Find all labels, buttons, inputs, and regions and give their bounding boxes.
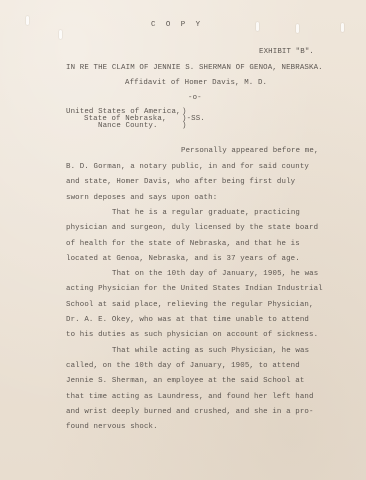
paragraph-line: Jennie S. Sherman, an employee at the sa… xyxy=(66,377,304,386)
paragraph-line: School at said place, relieving the regu… xyxy=(66,301,314,310)
paragraph-line: Personally appeared before me, xyxy=(181,147,319,156)
paragraph-line: and state, Homer Davis, who after being … xyxy=(66,178,295,187)
paragraph-line: located at Genoa, Nebraska, and is 37 ye… xyxy=(66,255,300,264)
paragraph-line: that time acting as Laundress, and found… xyxy=(66,393,314,402)
venue-brace: ) xyxy=(182,123,187,130)
separator: -o- xyxy=(188,94,202,103)
exhibit-label: EXHIBIT "B". xyxy=(259,48,314,57)
paragraph-line: and wrist deeply burned and crushed, and… xyxy=(66,408,314,417)
paragraph-line: found nervous shock. xyxy=(66,423,158,432)
paragraph-line: physician and surgeon, duly licensed by … xyxy=(66,224,318,233)
paragraph-line: Dr. A. E. Okey, who was at that time una… xyxy=(66,316,309,325)
paragraph-line: called, on the 10th day of January, 1905… xyxy=(66,362,300,371)
paragraph-line: acting Physician for the United States I… xyxy=(66,285,323,294)
paragraph-line: sworn deposes and says upon oath: xyxy=(66,194,217,203)
paragraph-line: to his duties as such physician on accou… xyxy=(66,331,318,340)
punch-hole-mark xyxy=(59,30,62,39)
paragraph-line: B. D. Gorman, a notary public, in and fo… xyxy=(66,163,309,172)
copy-label: C O P Y xyxy=(0,21,360,30)
paragraph-line: That on the 10th day of January, 1905, h… xyxy=(112,270,318,279)
document-page: C O P Y EXHIBIT "B". IN RE THE CLAIM OF … xyxy=(0,0,366,480)
paragraph-line: That he is a regular graduate, practicin… xyxy=(112,209,300,218)
venue-line: Nance County. xyxy=(98,123,158,130)
paragraph-line: That while acting as such Physician, he … xyxy=(112,347,309,356)
document-subtitle: Affidavit of Homer Davis, M. D. xyxy=(125,79,267,88)
document-title: IN RE THE CLAIM OF JENNIE S. SHERMAN OF … xyxy=(66,64,323,73)
paragraph-line: of health for the state of Nebraska, and… xyxy=(66,240,300,249)
